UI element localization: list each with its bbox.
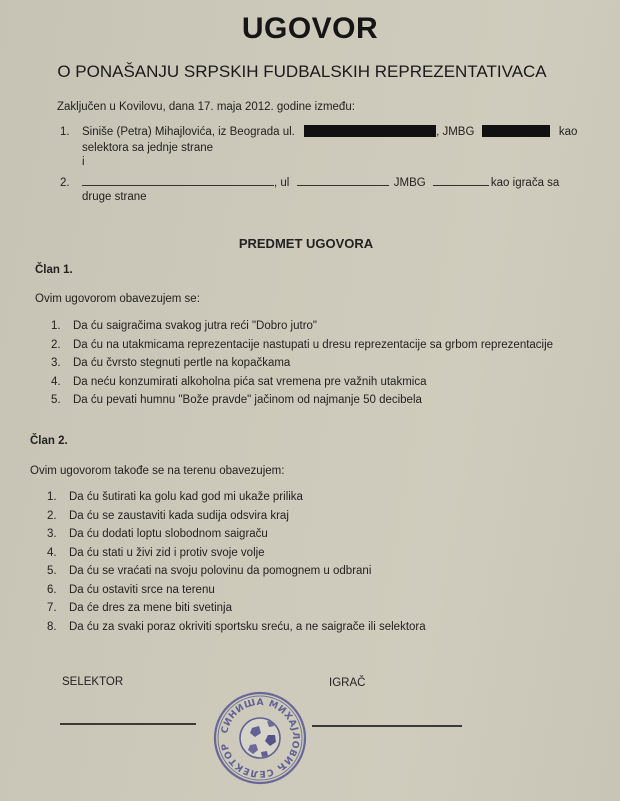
item-text: Da ću pevati humnu "Bože pravde" jačinom…	[73, 394, 422, 406]
item-number: 4.	[47, 547, 69, 559]
item-number: 2.	[47, 510, 69, 522]
article-2-item: 3.Da ću dodati loptu slobodnom saigraču	[47, 528, 268, 540]
article-2-item: 6.Da ću ostaviti srce na terenu	[47, 584, 215, 596]
item-number: 6.	[47, 584, 69, 596]
section-heading: PREDMET UGOVORA	[0, 236, 616, 251]
article-1-item: 5.Da ću pevati humnu "Bože pravde" jačin…	[51, 394, 422, 406]
party-1-jmbg-label: , JMBG	[436, 126, 474, 138]
item-text: Da ću stati u živi zid i protiv svoje vo…	[69, 547, 265, 559]
item-number: 1.	[47, 491, 69, 503]
item-number: 4.	[51, 376, 73, 388]
item-number: 1.	[51, 320, 73, 332]
party-1-text-after: kao	[559, 126, 578, 138]
item-number: 5.	[47, 565, 69, 577]
article-1-item: 4.Da neću konzumirati alkoholna pića sat…	[51, 376, 427, 388]
item-number: 3.	[51, 357, 73, 369]
party-2-ul-label: , ul	[274, 177, 289, 189]
party-1: 1.Siniše (Petra) Mihajlovića, iz Beograd…	[60, 125, 577, 138]
item-text: Da ću dodati loptu slobodnom saigraču	[69, 528, 268, 540]
article-1-item: 3.Da ću čvrsto stegnuti pertle na kopačk…	[51, 357, 290, 369]
article-1-intro: Ovim ugovorom obavezujem se:	[35, 293, 200, 305]
document-title: UGOVOR	[0, 12, 620, 46]
item-text: Da ću saigračima svakog jutra reći "Dobr…	[73, 320, 317, 332]
item-number: 8.	[47, 621, 69, 633]
item-text: Da ću čvrsto stegnuti pertle na kopačkam…	[73, 357, 290, 369]
selector-signature-line	[60, 723, 196, 725]
party-2-text-after: kao igrača sa	[491, 177, 559, 189]
party-2: 2., ul JMBG kao igrača sa	[60, 175, 559, 189]
item-text: Da ću za svaki poraz okriviti sportsku s…	[69, 621, 426, 633]
article-2-item: 7.Da će dres za mene biti svetinja	[47, 602, 232, 614]
stamp-graphic: СИНИША МИХАЈЛОВИЋ СЕЛЕКТОР ●	[212, 690, 308, 786]
party-1-line2: selektora sa jednje strane	[82, 142, 213, 154]
document-subtitle: O PONAŠANJU SRPSKIH FUDBALSKIH REPREZENT…	[0, 62, 612, 82]
article-2-item: 5.Da ću se vraćati na svoju polovinu da …	[47, 565, 371, 577]
intro-line: Zaključen u Kovilovu, dana 17. maja 2012…	[57, 101, 355, 113]
article-2-intro: Ovim ugovorom takođe se na terenu obavez…	[30, 465, 284, 477]
article-1-item: 2.Da ću na utakmicama reprezentacije nas…	[51, 339, 553, 351]
item-number: 5.	[51, 394, 73, 406]
party-connector: i	[82, 156, 85, 168]
party-2-address-blank	[297, 175, 389, 186]
redacted-jmbg	[482, 125, 550, 137]
redacted-address	[304, 125, 436, 137]
item-text: Da neću konzumirati alkoholna pića sat v…	[73, 376, 427, 388]
party-1-text: Siniše (Petra) Mihajlovića, iz Beograda …	[82, 126, 295, 138]
soccer-ball-icon	[240, 718, 280, 758]
selector-label: SELEKTOR	[62, 676, 123, 688]
party-2-jmbg-label: JMBG	[394, 177, 426, 189]
item-number: 3.	[47, 528, 69, 540]
item-text: Da ću šutirati ka golu kad god mi ukaže …	[69, 491, 303, 503]
party-2-number: 2.	[60, 177, 82, 189]
article-1-item: 1.Da ću saigračima svakog jutra reći "Do…	[51, 320, 317, 332]
official-stamp: СИНИША МИХАЈЛОВИЋ СЕЛЕКТОР ●	[212, 690, 308, 786]
item-number: 7.	[47, 602, 69, 614]
party-1-number: 1.	[60, 126, 82, 138]
item-text: Da ću ostaviti srce na terenu	[69, 584, 215, 596]
article-2-item: 4.Da ću stati u živi zid i protiv svoje …	[47, 547, 265, 559]
article-2-item: 8.Da ću za svaki poraz okriviti sportsku…	[47, 621, 426, 633]
player-signature-line	[312, 725, 462, 727]
article-2-item: 2.Da ću se zaustaviti kada sudija odsvir…	[47, 510, 289, 522]
article-2-heading: Član 2.	[30, 435, 68, 447]
party-2-line2: druge strane	[82, 191, 147, 203]
party-2-jmbg-blank	[433, 175, 489, 186]
item-number: 2.	[51, 339, 73, 351]
article-2-item: 1.Da ću šutirati ka golu kad god mi ukaž…	[47, 491, 303, 503]
item-text: Da ću na utakmicama reprezentacije nastu…	[73, 339, 553, 351]
item-text: Da ću se zaustaviti kada sudija odsvira …	[69, 510, 289, 522]
item-text: Da će dres za mene biti svetinja	[69, 602, 232, 614]
player-label: IGRAČ	[329, 677, 365, 689]
party-2-name-blank	[82, 175, 274, 186]
article-1-heading: Član 1.	[35, 264, 73, 276]
item-text: Da ću se vraćati na svoju polovinu da po…	[69, 565, 371, 577]
